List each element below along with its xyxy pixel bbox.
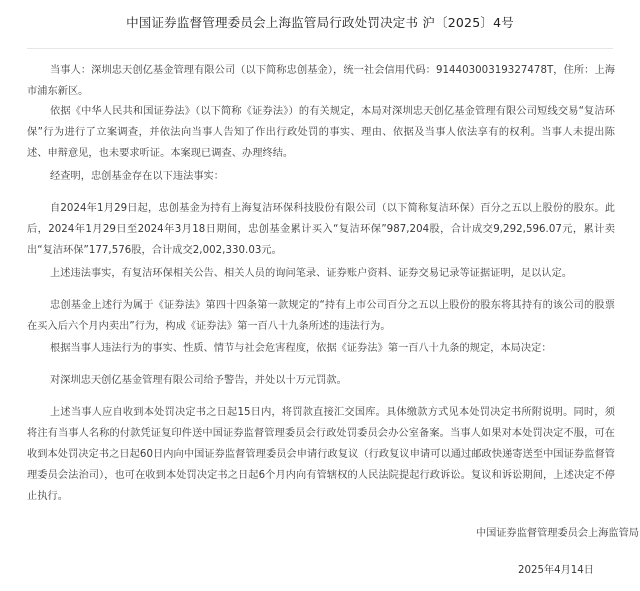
paragraph-violation: 忠创基金上述行为属于《证券法》第四十四条第一款规定的“持有上市公司百分之五以上股…: [27, 295, 615, 337]
paragraph-payment-appeal: 上述当事人应自收到本处罚决定书之日起15日内，将罚款直接汇交国库。具体缴款方式见…: [27, 402, 615, 507]
paragraph-decision-basis: 根据当事人违法行为的事实、性质、情节与社会危害程度，依据《证券法》第一百八十九条…: [27, 338, 615, 359]
issuer-signature: 中国证券监督管理委员会上海监管局: [476, 524, 639, 539]
paragraph-evidence: 上述违法事实，有复洁环保相关公告、相关人员的询问笔录、证券账户资料、证券交易记录…: [27, 263, 615, 284]
paragraph-findings-intro: 经查明，忠创基金存在以下违法事实：: [27, 166, 615, 187]
paragraph-legal-basis: 依据《中华人民共和国证券法》（以下简称《证券法》）的有关规定，本局对深圳忠天创亿…: [27, 101, 615, 164]
issue-date: 2025年4月14日: [518, 561, 594, 576]
paragraph-party: 当事人：深圳忠天创亿基金管理有限公司（以下简称忠创基金），统一社会信用代码：91…: [27, 60, 615, 102]
document-title: 中国证券监督管理委员会上海监管局行政处罚决定书 沪〔2025〕4号: [0, 13, 640, 31]
paragraph-penalty: 对深圳忠天创亿基金管理有限公司给予警告，并处以十万元罚款。: [27, 370, 615, 391]
title-divider: [27, 48, 613, 49]
paragraph-trading-facts: 自2024年1月29日起，忠创基金为持有上海复洁环保科技股份有限公司（以下简称复…: [27, 198, 615, 261]
